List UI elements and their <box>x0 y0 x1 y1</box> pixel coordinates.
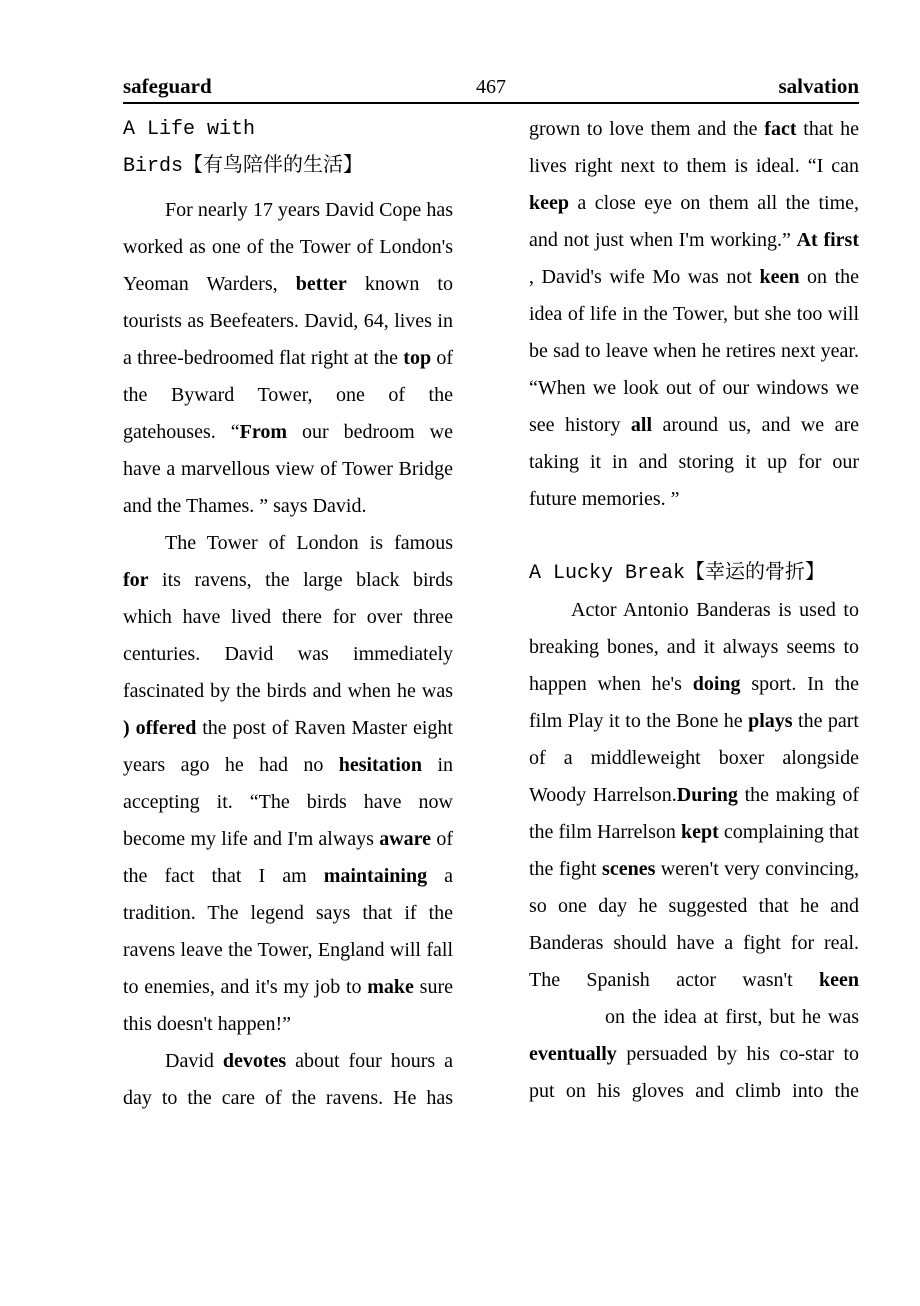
left-column: A Life with Birds【有鸟陪伴的生活】 For nearly 17… <box>123 111 453 1117</box>
heading-line: A Life with <box>123 111 453 148</box>
text-columns: A Life with Birds【有鸟陪伴的生活】 For nearly 17… <box>123 111 859 1117</box>
page-content: safeguard 467 salvation A Life with Bird… <box>123 74 859 1117</box>
right-column: grown to love them and the fact that he … <box>529 111 859 1117</box>
header-guide-word-right: salvation <box>506 74 859 98</box>
article-heading-lucky-break: A Lucky Break【幸运的骨折】 <box>529 555 859 592</box>
header-guide-word-left: safeguard <box>123 74 476 98</box>
heading-line: A Lucky Break【幸运的骨折】 <box>529 555 859 592</box>
paragraph-david-devotes: David devotes about four hours a day to … <box>123 1043 453 1117</box>
paragraph-continuation-grown-to-love: grown to love them and the fact that he … <box>529 111 859 518</box>
document-page: safeguard 467 salvation A Life with Bird… <box>0 0 920 1306</box>
paragraph-david-cope-intro: For nearly 17 years David Cope has worke… <box>123 192 453 525</box>
running-header: safeguard 467 salvation <box>123 74 859 104</box>
paragraph-banderas: Actor Antonio Banderas is used to breaki… <box>529 592 859 999</box>
heading-line: Birds【有鸟陪伴的生活】 <box>123 148 453 185</box>
paragraph-tower-ravens: The Tower of London is famous for its ra… <box>123 525 453 1043</box>
paragraph-banderas-continued: on the idea at first, but he was eventua… <box>529 999 859 1110</box>
header-page-number: 467 <box>476 75 506 99</box>
article-heading-life-with-birds: A Life with Birds【有鸟陪伴的生活】 <box>123 111 453 185</box>
